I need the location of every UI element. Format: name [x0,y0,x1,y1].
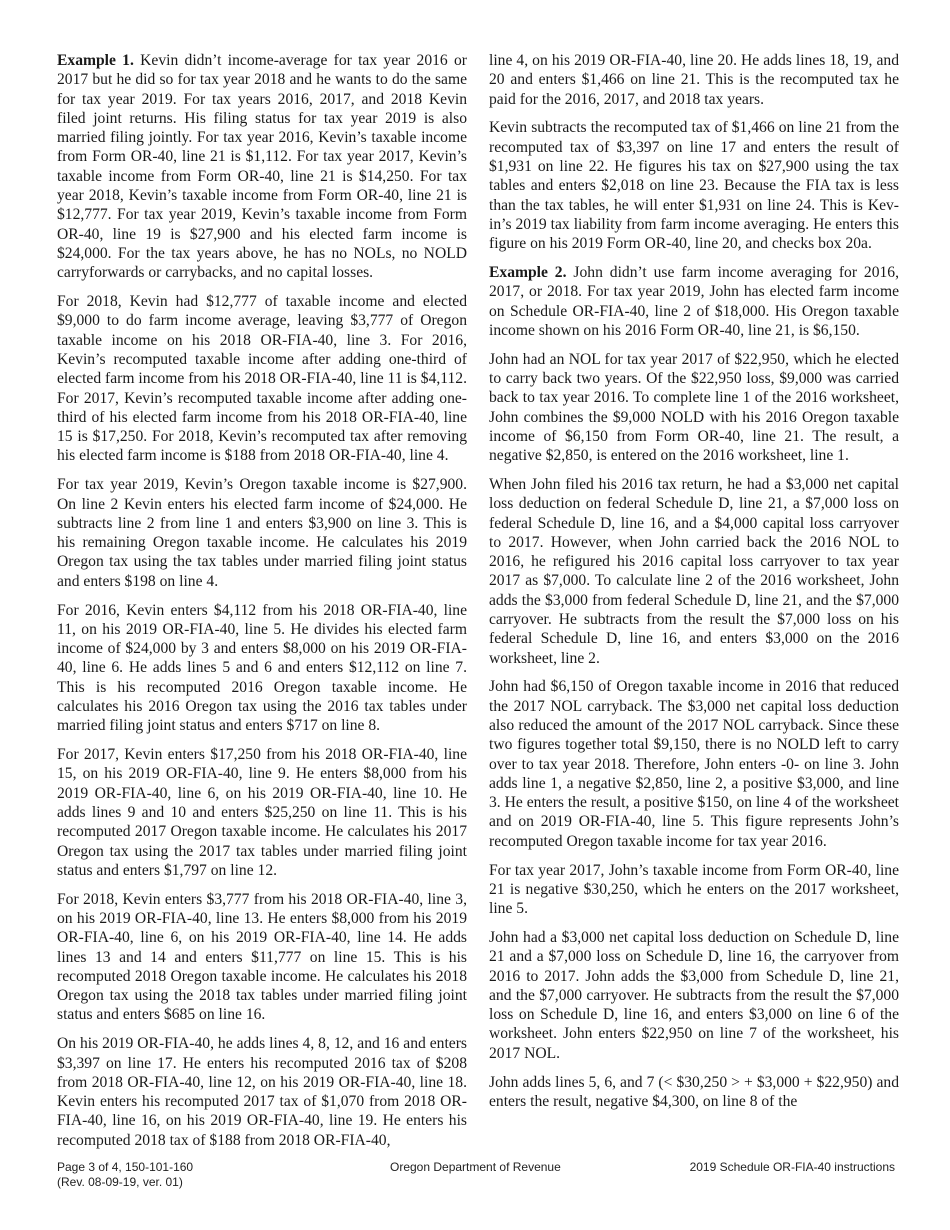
paragraph: For 2018, Kevin enters $3,777 from his 2… [57,890,467,1025]
paragraph: John had a $3,000 net capital loss deduc… [489,928,899,1063]
footer-document-title: 2019 Schedule OR-FIA-40 instructions [690,1160,895,1175]
paragraph: For tax year 2017, John’s taxable income… [489,861,899,919]
paragraph: For 2017, Kevin enters $17,250 from his … [57,745,467,880]
paragraph: John had an NOL for tax year 2017 of $22… [489,350,899,466]
paragraph: On his 2019 OR-FIA-40, he adds lines 4, … [57,1034,467,1150]
paragraph-example-1: Example 1. Kevin didn’t income-average f… [57,51,467,283]
right-column: line 4, on his 2019 OR-FIA-40, line 20. … [489,51,899,1121]
left-column: Example 1. Kevin didn’t income-average f… [57,51,467,1160]
paragraph-example-2: Example 2. John didn’t use farm income a… [489,263,899,340]
footer-page-info: Page 3 of 4, 150-101-160 (Rev. 08-09-19,… [57,1160,193,1190]
paragraph: John had $6,150 of Oregon taxable income… [489,677,899,851]
paragraph: For 2018, Kevin had $12,777 of taxable i… [57,292,467,466]
paragraph: line 4, on his 2019 OR-FIA-40, line 20. … [489,51,899,109]
footer-revision: (Rev. 08-09-19, ver. 01) [57,1175,193,1190]
document-page: Example 1. Kevin didn’t income-average f… [0,0,950,1230]
paragraph: For 2016, Kevin enters $4,112 from his 2… [57,601,467,736]
example-2-heading: Example 2. [489,264,567,281]
footer-agency: Oregon Department of Revenue [390,1160,561,1175]
paragraph: Kevin subtracts the recomputed tax of $1… [489,118,899,253]
example-1-heading: Example 1. [57,52,134,69]
footer-page-number: Page 3 of 4, 150-101-160 [57,1160,193,1175]
paragraph: When John filed his 2016 tax return, he … [489,475,899,668]
paragraph: John adds lines 5, 6, and 7 (< $30,250 >… [489,1073,899,1112]
paragraph: For tax year 2019, Kevin’s Oregon taxabl… [57,475,467,591]
